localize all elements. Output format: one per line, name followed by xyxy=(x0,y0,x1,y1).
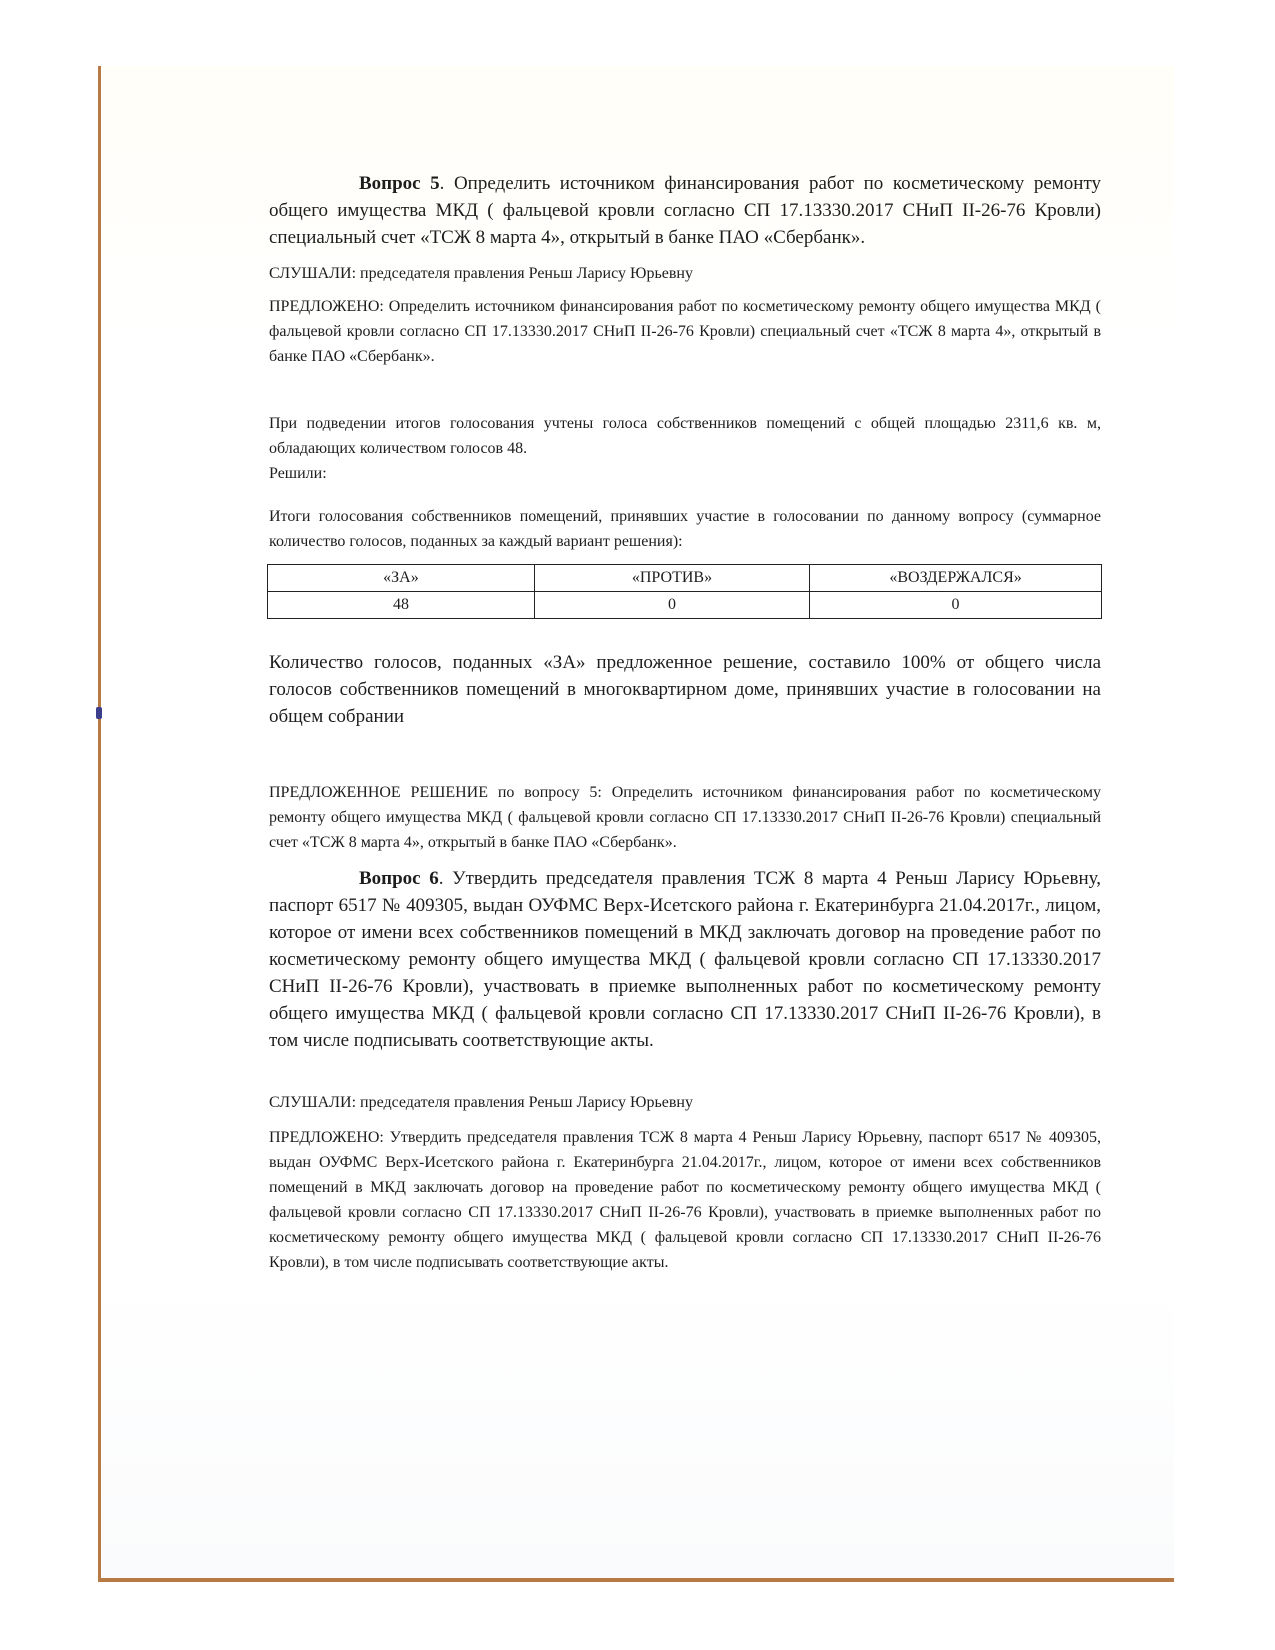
q6-heard: СЛУШАЛИ: председателя правления Реньш Ла… xyxy=(269,1090,1101,1115)
question-5: Вопрос 5. Определить источником финансир… xyxy=(269,170,1101,251)
q5-summary: Количество голосов, поданных «ЗА» предло… xyxy=(269,649,1101,730)
table-header-row: «ЗА» «ПРОТИВ» «ВОЗДЕРЖАЛСЯ» xyxy=(268,565,1102,592)
question-6: Вопрос 6. Утвердить председателя правлен… xyxy=(269,865,1101,1054)
q5-heard: СЛУШАЛИ: председателя правления Реньш Ла… xyxy=(269,261,1101,286)
q5-proposed: ПРЕДЛОЖЕНО: Определить источником финанс… xyxy=(269,294,1101,369)
q5-decision: ПРЕДЛОЖЕННОЕ РЕШЕНИЕ по вопросу 5: Опред… xyxy=(269,780,1101,855)
q5-vote-count: При подведении итогов голосования учтены… xyxy=(269,411,1101,461)
table-row: 48 0 0 xyxy=(268,592,1102,619)
ink-mark xyxy=(96,707,102,719)
q5-results-intro: Итоги голосования собственников помещени… xyxy=(269,504,1101,554)
q5-vote-table: «ЗА» «ПРОТИВ» «ВОЗДЕРЖАЛСЯ» 48 0 0 xyxy=(267,564,1102,619)
q5-decided: Решили: xyxy=(269,461,1101,486)
q6-proposed: ПРЕДЛОЖЕНО: Утвердить председателя правл… xyxy=(269,1125,1101,1275)
document-body: Вопрос 5. Определить источником финансир… xyxy=(269,170,1101,1275)
